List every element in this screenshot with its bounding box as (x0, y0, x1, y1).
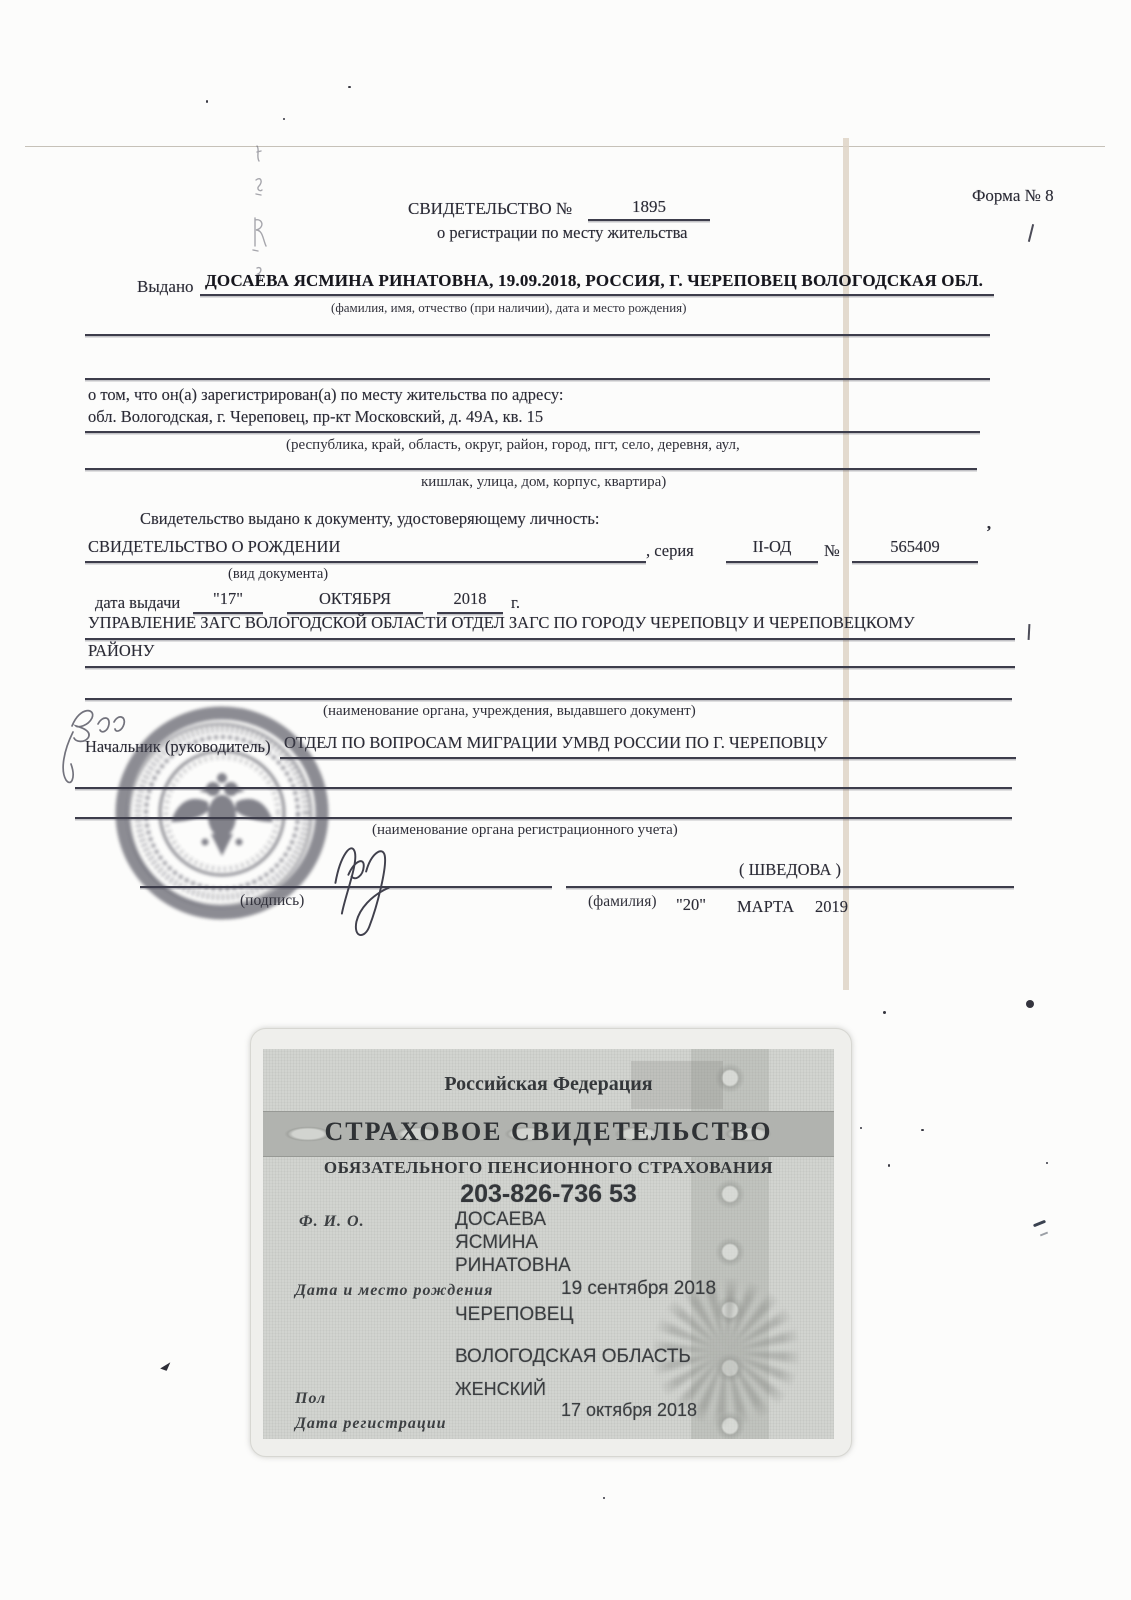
signature (310, 836, 415, 941)
registered-intro: о том, что он(а) зарегистрирован(а) по м… (88, 385, 563, 405)
scan-mark-dash (1033, 1220, 1046, 1228)
issue-day-line: "17" (193, 589, 263, 614)
doc-number-line: 565409 (852, 537, 978, 563)
certificate-number: 1895 (588, 197, 710, 221)
issuing-org-caption: (наименование органа, учреждения, выдавш… (323, 703, 696, 720)
card-surname: ДОСАЕВА (455, 1209, 546, 1231)
scan-speck (921, 1129, 924, 1131)
address-caption-2: кишлак, улица, дом, корпус, квартира) (421, 474, 666, 491)
official-round-stamp (105, 696, 340, 931)
stray-tick-top (1028, 224, 1034, 242)
card-sex-label: Пол (295, 1390, 326, 1408)
snils-card-face: Российская Федерация СТРАХОВОЕ СВИДЕТЕЛЬ… (263, 1049, 834, 1439)
card-name: ЯСМИНА (455, 1232, 538, 1254)
stray-tick-mid (1028, 624, 1031, 640)
card-birth-label: Дата и место рождения (295, 1282, 493, 1300)
issuing-org-line-2: РАЙОНУ (85, 641, 1015, 668)
registration-org-line: ОТДЕЛ ПО ВОПРОСАМ МИГРАЦИИ УМВД РОССИИ П… (280, 733, 1016, 759)
doc-type-line: СВИДЕТЕЛЬСТВО О РОЖДЕНИИ (85, 537, 646, 563)
scan-mark-arrow (159, 1362, 171, 1371)
signature-caption: (подпись) (240, 892, 304, 910)
card-country: Российская Федерация (263, 1073, 834, 1096)
scanned-document-page: Форма № 8 СВИДЕТЕЛЬСТВО № 1895 о регистр… (0, 0, 1131, 1600)
card-patronymic: РИНАТОВНА (455, 1255, 571, 1277)
scan-mark-dash (1040, 1232, 1048, 1237)
issue-year-suffix: г. (511, 593, 520, 613)
surname-caption: (фамилия) (588, 893, 657, 911)
card-snils-number: 203-826-736 53 (263, 1180, 834, 1209)
number-label: № (824, 541, 840, 561)
card-subtitle: ОБЯЗАТЕЛЬНОГО ПЕНСИОННОГО СТРАХОВАНИЯ (263, 1158, 834, 1178)
identity-intro: Свидетельство выдано к документу, удосто… (140, 509, 599, 529)
issue-month-line: ОКТЯБРЯ (287, 589, 423, 614)
stray-quote-mark: ’ (986, 522, 992, 542)
card-birth-date: 19 сентября 2018 (561, 1278, 716, 1300)
issuing-org-line-1: УПРАВЛЕНИЕ ЗАГС ВОЛОГОДСКОЙ ОБЛАСТИ ОТДЕ… (85, 613, 1015, 640)
snils-card: Российская Федерация СТРАХОВОЕ СВИДЕТЕЛЬ… (250, 1028, 852, 1457)
blank-line-1 (85, 311, 990, 336)
scan-fold-hairline (25, 146, 1105, 147)
series-label: , серия (646, 541, 694, 561)
issued-label: Выдано (137, 277, 194, 297)
card-birth-city: ЧЕРЕПОВЕЦ (455, 1304, 574, 1326)
registration-org-caption: (наименование органа регистрационного уч… (372, 822, 678, 839)
form-number-label: Форма № 8 (972, 186, 1054, 206)
scan-speck (206, 100, 208, 103)
sign-year: 2019 (815, 897, 848, 917)
series-value-line: II-ОД (726, 537, 818, 563)
doc-type-caption: (вид документа) (228, 566, 328, 583)
card-title: СТРАХОВОЕ СВИДЕТЕЛЬСТВО (263, 1117, 834, 1147)
scan-speck (888, 1164, 890, 1167)
certificate-title: СВИДЕТЕЛЬСТВО № (408, 199, 572, 219)
card-sex-value: ЖЕНСКИЙ (455, 1379, 546, 1400)
issue-date-label: дата выдачи (95, 593, 180, 613)
sign-month: МАРТА (737, 897, 794, 917)
sign-day: "20" (676, 895, 706, 915)
card-reg-label: Дата регистрации (295, 1415, 447, 1433)
address-line: обл. Вологодская, г. Череповец, пр-кт Мо… (85, 407, 980, 433)
scan-speck (883, 1011, 886, 1014)
surname-line: ( ШВЕДОВА ) (566, 860, 1014, 888)
scan-speck (603, 1497, 605, 1499)
issue-year-line: 2018 (437, 589, 503, 614)
certificate-subtitle: о регистрации по месту жительства (437, 223, 688, 243)
blank-line-2 (85, 355, 990, 380)
scan-speck (1046, 1162, 1048, 1164)
scan-speck (283, 118, 285, 120)
signature-line (140, 862, 552, 888)
scan-speck (1026, 1000, 1034, 1008)
crease-pencil-marks (248, 142, 268, 292)
scan-speck (348, 86, 351, 88)
card-fio-label: Ф. И. О. (299, 1213, 365, 1231)
scan-speck (860, 1127, 862, 1129)
issued-person-line: ДОСАЕВА ЯСМИНА РИНАТОВНА, 19.09.2018, РО… (200, 271, 994, 296)
blank-line-3 (85, 446, 977, 470)
card-birth-region: ВОЛОГОДСКАЯ ОБЛАСТЬ (455, 1346, 691, 1368)
card-reg-date: 17 октября 2018 (561, 1400, 697, 1421)
